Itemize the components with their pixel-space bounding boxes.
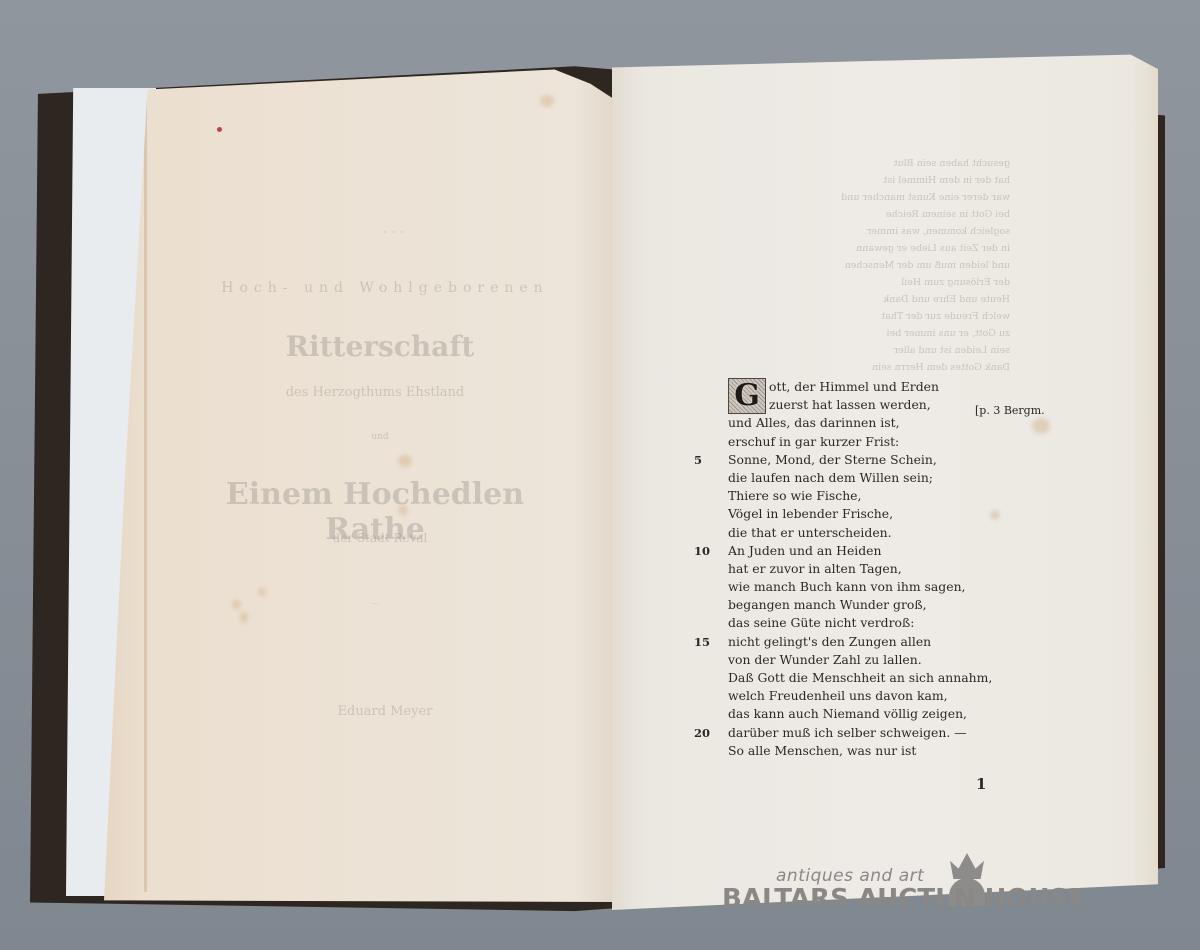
ghost-title-line: Hoch- und Wohlgeborenen (215, 280, 555, 296)
poem-line: die laufen nach dem Willen sein; (728, 469, 992, 487)
poem-line: 15nicht gelingt's den Zungen allen (728, 633, 992, 651)
ghost-title-line: ... (325, 597, 425, 606)
ghost-title-line: Ritterschaft (280, 330, 480, 363)
poem-line: 20darüber muß ich selber schweigen. — (728, 724, 992, 742)
watermark-tagline: antiques and art (776, 866, 924, 886)
poem-line: begangen manch Wunder groß, (728, 596, 992, 614)
ghost-title-line: ... (195, 218, 595, 238)
foxing-stain (398, 455, 412, 467)
ghost-title-line: des Herzogthums Ehstland (255, 385, 495, 400)
poem-line: 10An Juden und an Heiden (728, 542, 992, 560)
poem-line: Daß Gott die Menschheit an sich annahm, (728, 669, 992, 687)
poem-line: von der Wunder Zahl zu lallen. (728, 651, 992, 669)
ghost-title-line: Eduard Meyer (255, 704, 515, 719)
poem-line: So alle Menschen, was nur ist (728, 742, 992, 760)
poem-line: erschuf in gar kurzer Frist: (728, 433, 992, 451)
margin-reference-note: [p. 3 Bergm. (975, 404, 1045, 417)
poem-line: wie manch Buch kann von ihm sagen, (728, 578, 992, 596)
foxing-stain (540, 95, 554, 107)
page-edge (144, 87, 147, 892)
foxing-stain (1032, 418, 1050, 434)
poem-line: das seine Güte nicht verdroß: (728, 614, 992, 632)
poem-line: 5Sonne, Mond, der Sterne Schein, (728, 451, 992, 469)
poem-line: welch Freudenheil uns davon kam, (728, 687, 992, 705)
poem-line: zuerst hat lassen werden, (728, 396, 992, 414)
poem-line: Vögel in lebender Frische, (728, 505, 992, 523)
poem-line: das kann auch Niemand völlig zeigen, (728, 705, 992, 723)
foxing-stain (232, 600, 241, 609)
red-spot (217, 127, 222, 132)
foxing-stain (258, 588, 266, 596)
ghost-title-line: und (365, 432, 395, 442)
watermark-company-name: BALTARS AUCTI N HOUSE (722, 884, 1086, 906)
poem-line: hat er zuvor in alten Tagen, (728, 560, 992, 578)
poem-text: G ott, der Himmel und Erden zuerst hat l… (728, 378, 992, 760)
poem-line: Thiere so wie Fische, (728, 487, 992, 505)
poem-line: die that er unterscheiden. (728, 524, 992, 542)
poem-line: ott, der Himmel und Erden (728, 378, 992, 396)
ghost-title-line: der Stadt Reval (320, 531, 440, 545)
foxing-stain (240, 612, 248, 623)
poem-line: und Alles, das darinnen ist, (728, 414, 992, 432)
bleed-through-text: gesucht haben sein Blut hat der in dem H… (790, 155, 1010, 376)
page-number: 1 (976, 775, 986, 793)
